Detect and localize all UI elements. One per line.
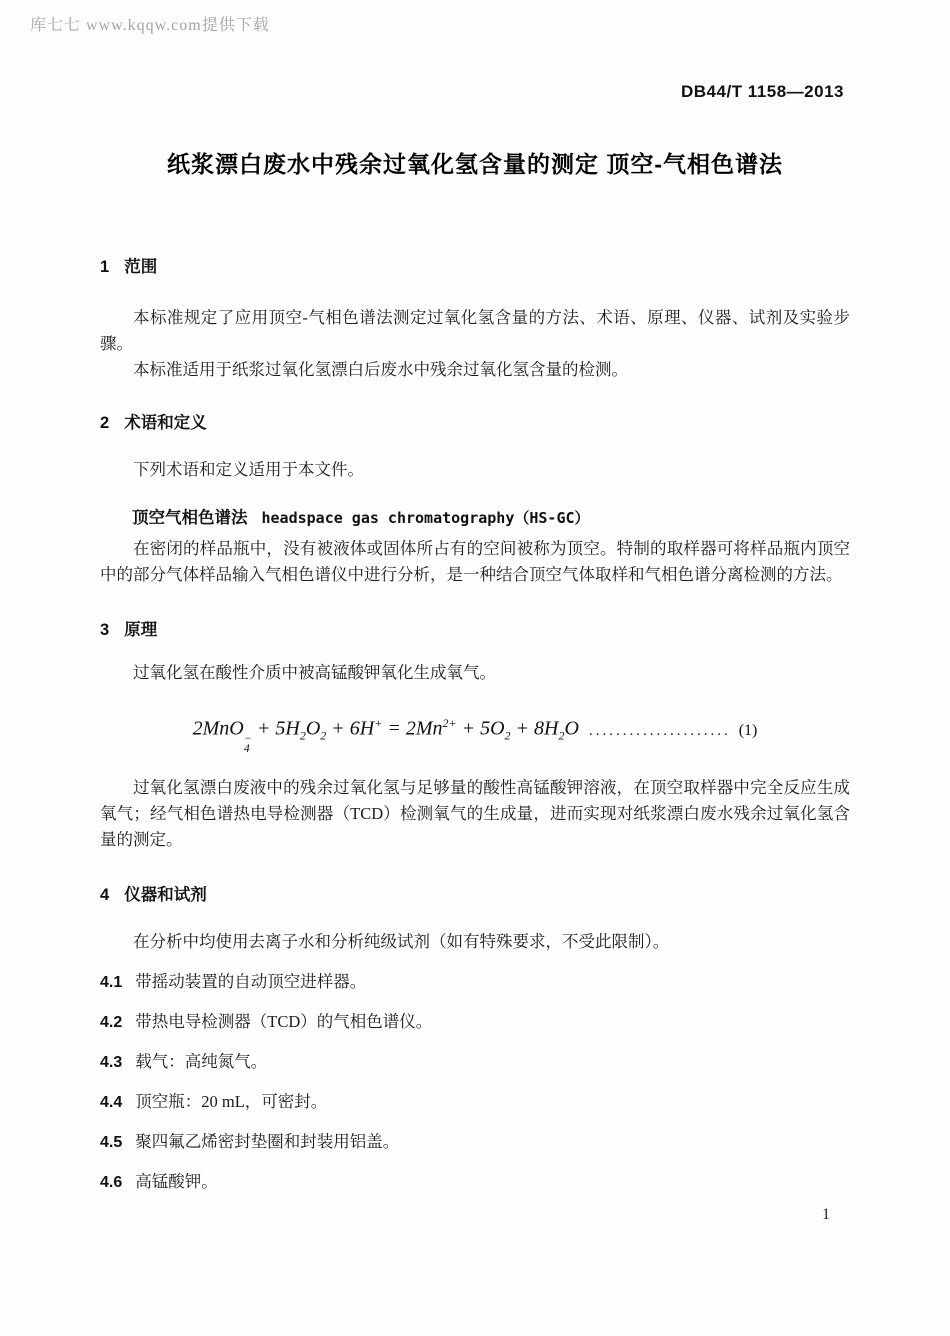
equation-term: + 5O xyxy=(457,718,505,740)
terms-intro: 下列术语和定义适用于本文件。 xyxy=(100,457,850,483)
equation-dot-leader: ..................... xyxy=(589,723,731,739)
term-definition: 在密闭的样品瓶中，没有被液体或固体所占有的空间被称为顶空。特制的取样器可将样品瓶… xyxy=(100,536,850,588)
equation-term: 2MnO xyxy=(193,718,244,740)
scope-paragraph-2: 本标准适用于纸浆过氧化氢漂白后废水中残余过氧化氢含量的检测。 xyxy=(100,357,850,383)
section-title: 范围 xyxy=(124,258,157,276)
equation-term: + 5H xyxy=(252,718,300,740)
section-heading-terms: 2术语和定义 xyxy=(100,413,850,433)
item-number: 4.1 xyxy=(100,970,122,996)
apparatus-item: 4.2带热电导检测器（TCD）的气相色谱仪。 xyxy=(100,1009,850,1036)
item-number: 4.3 xyxy=(100,1050,122,1076)
document-body: 1范围 本标准规定了应用顶空-气相色谱法测定过氧化氢含量的方法、术语、原理、仪器… xyxy=(100,245,850,1196)
item-text: 带热电导检测器（TCD）的气相色谱仪。 xyxy=(135,1012,432,1031)
section-heading-principle: 3原理 xyxy=(100,620,850,640)
equation-term: O xyxy=(565,718,579,740)
item-text: 顶空瓶：20 mL，可密封。 xyxy=(135,1092,327,1111)
apparatus-item: 4.1带摇动装置的自动顶空进样器。 xyxy=(100,969,850,996)
section-number: 2 xyxy=(100,413,109,433)
apparatus-intro: 在分析中均使用去离子水和分析纯级试剂（如有特殊要求，不受此限制）。 xyxy=(100,929,850,955)
section-number: 1 xyxy=(100,257,109,277)
equation-subsup-stack: −4 xyxy=(244,733,252,753)
apparatus-item: 4.6高锰酸钾。 xyxy=(100,1169,850,1196)
equation-superscript: 2+ xyxy=(442,716,456,730)
chemical-equation: 2MnO−4 + 5H2O2 + 6H+ = 2Mn2+ + 5O2 + 8H2… xyxy=(100,708,850,753)
apparatus-item: 4.3载气：高纯氮气。 xyxy=(100,1049,850,1076)
standard-number: DB44/T 1158—2013 xyxy=(681,82,844,102)
item-number: 4.6 xyxy=(100,1170,122,1196)
section-title: 原理 xyxy=(124,621,157,639)
equation-number-label: (1) xyxy=(739,722,758,739)
item-text: 载气：高纯氮气。 xyxy=(135,1052,267,1071)
page-number: 1 xyxy=(822,1206,830,1224)
item-number: 4.2 xyxy=(100,1010,122,1036)
principle-body: 过氧化氢漂白废液中的残余过氧化氢与足够量的酸性高锰酸钾溶液，在顶空取样器中完全反… xyxy=(100,775,850,853)
equation-term: + 8H xyxy=(511,718,559,740)
item-text: 高锰酸钾。 xyxy=(135,1172,218,1191)
item-number: 4.4 xyxy=(100,1090,122,1116)
section-number: 4 xyxy=(100,885,109,905)
equation-term: = 2Mn xyxy=(382,718,442,740)
document-title: 纸浆漂白废水中残余过氧化氢含量的测定 顶空-气相色谱法 xyxy=(0,146,950,179)
section-title: 仪器和试剂 xyxy=(124,886,207,904)
section-number: 3 xyxy=(100,620,109,640)
section-title: 术语和定义 xyxy=(124,414,207,432)
term-entry: 顶空气相色谱法headspace gas chromatography（HS-G… xyxy=(100,505,850,532)
item-text: 带摇动装置的自动顶空进样器。 xyxy=(135,972,366,991)
document-page: 库七七 www.kqqw.com提供下载 DB44/T 1158—2013 纸浆… xyxy=(0,0,950,1336)
term-english: headspace gas chromatography（HS-GC） xyxy=(262,509,590,527)
scope-paragraph-1: 本标准规定了应用顶空-气相色谱法测定过氧化氢含量的方法、术语、原理、仪器、试剂及… xyxy=(100,305,850,357)
equation-subscript: 4 xyxy=(244,743,250,753)
apparatus-item: 4.5聚四氟乙烯密封垫圈和封装用铝盖。 xyxy=(100,1129,850,1156)
equation-term: O xyxy=(306,718,320,740)
section-heading-scope: 1范围 xyxy=(100,257,850,277)
section-heading-apparatus: 4仪器和试剂 xyxy=(100,885,850,905)
apparatus-item: 4.4顶空瓶：20 mL，可密封。 xyxy=(100,1089,850,1116)
term-chinese: 顶空气相色谱法 xyxy=(132,509,248,527)
watermark-text: 库七七 www.kqqw.com提供下载 xyxy=(30,12,270,35)
principle-intro: 过氧化氢在酸性介质中被高锰酸钾氧化生成氧气。 xyxy=(100,660,850,686)
item-text: 聚四氟乙烯密封垫圈和封装用铝盖。 xyxy=(135,1132,399,1151)
equation-term: + 6H xyxy=(326,718,374,740)
item-number: 4.5 xyxy=(100,1130,122,1156)
